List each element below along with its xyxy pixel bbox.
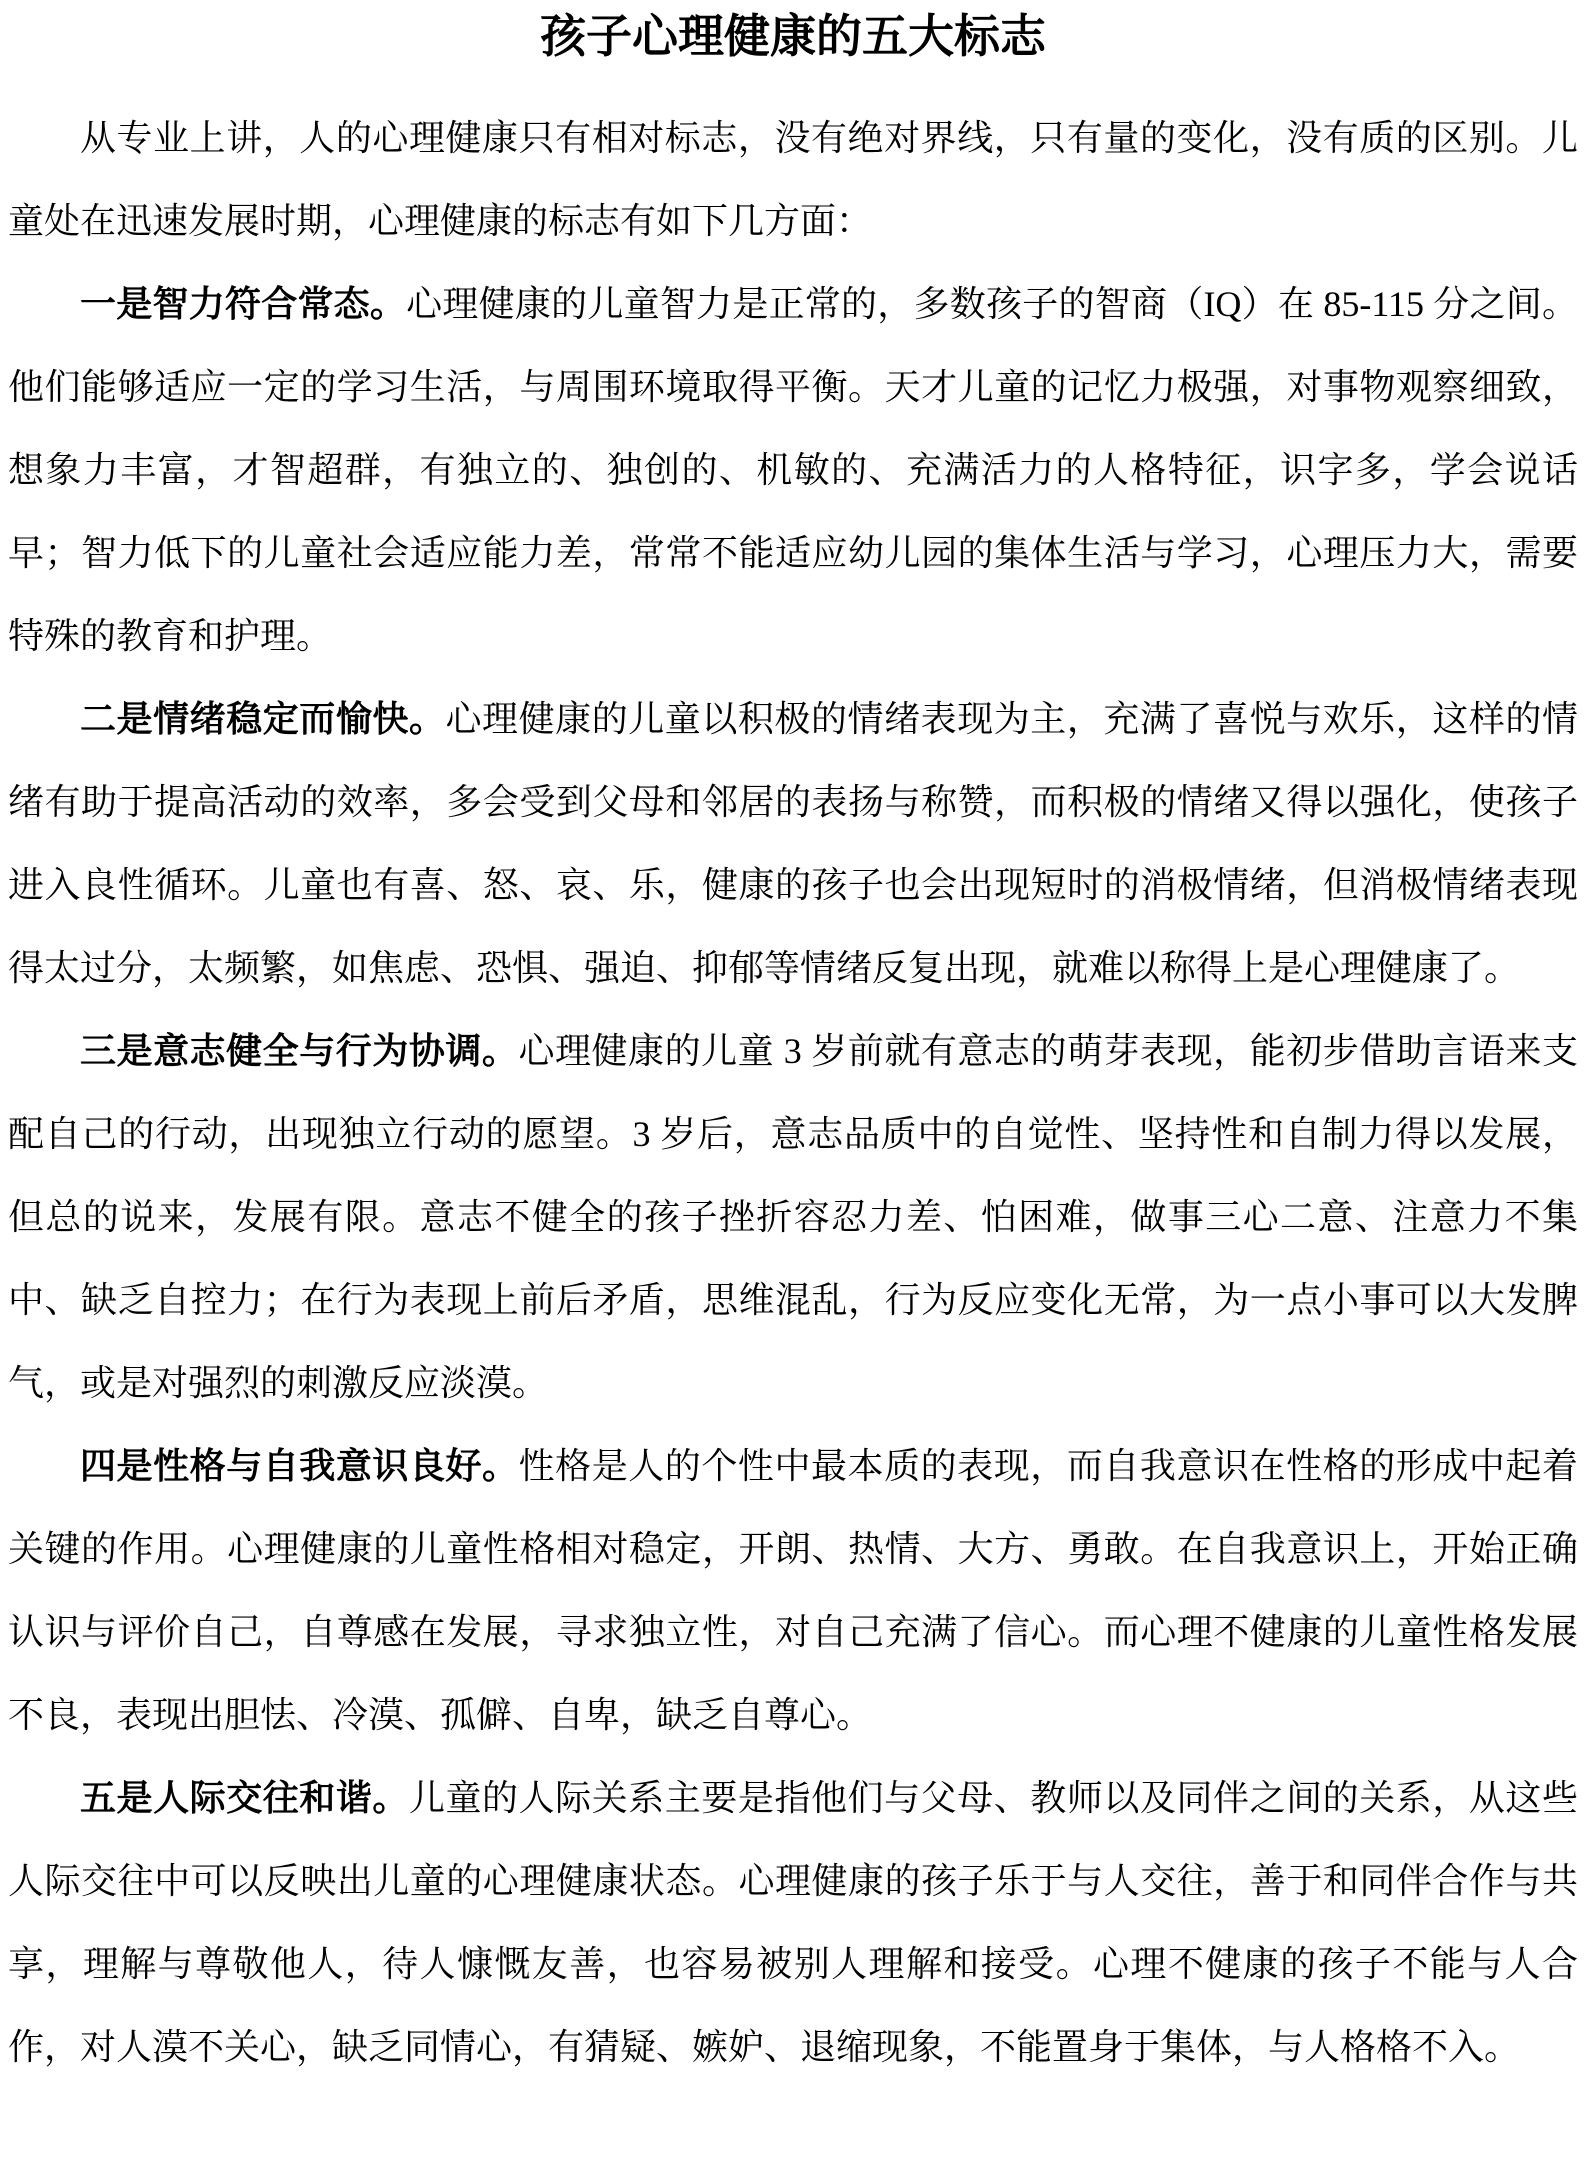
paragraph-lead: 一是智力符合常态。: [80, 284, 406, 324]
document-page: 孩子心理健康的五大标志 从专业上讲，人的心理健康只有相对标志，没有绝对界线，只有…: [0, 0, 1587, 2163]
paragraph-lead: 二是情绪稳定而愉快。: [80, 699, 446, 739]
sign-5-relationships-paragraph: 五是人际交往和谐。儿童的人际关系主要是指他们与父母、教师以及同伴之间的关系，从这…: [8, 1757, 1578, 2089]
paragraph-text: 心理健康的儿童智力是正常的，多数孩子的智商（IQ）在 85-115 分之间。他们…: [8, 284, 1578, 656]
paragraph-lead: 三是意志健全与行为协调。: [80, 1031, 518, 1071]
sign-4-personality-paragraph: 四是性格与自我意识良好。性格是人的个性中最本质的表现，而自我意识在性格的形成中起…: [8, 1425, 1578, 1757]
paragraph-lead: 五是人际交往和谐。: [80, 1778, 409, 1818]
sign-3-will-behavior-paragraph: 三是意志健全与行为协调。心理健康的儿童 3 岁前就有意志的萌芽表现，能初步借助言…: [8, 1010, 1578, 1425]
paragraph-text: 心理健康的儿童以积极的情绪表现为主，充满了喜悦与欢乐，这样的情绪有助于提高活动的…: [8, 699, 1578, 988]
document-title: 孩子心理健康的五大标志: [8, 8, 1578, 66]
paragraph-text: 心理健康的儿童 3 岁前就有意志的萌芽表现，能初步借助言语来支配自己的行动，出现…: [8, 1031, 1578, 1403]
paragraph-lead: 四是性格与自我意识良好。: [80, 1446, 519, 1486]
paragraph-text: 性格是人的个性中最本质的表现，而自我意识在性格的形成中起着关键的作用。心理健康的…: [8, 1446, 1578, 1735]
paragraph-text: 儿童的人际关系主要是指他们与父母、教师以及同伴之间的关系，从这些人际交往中可以反…: [8, 1778, 1578, 2067]
intro-paragraph: 从专业上讲，人的心理健康只有相对标志，没有绝对界线，只有量的变化，没有质的区别。…: [8, 97, 1578, 263]
sign-2-emotion-paragraph: 二是情绪稳定而愉快。心理健康的儿童以积极的情绪表现为主，充满了喜悦与欢乐，这样的…: [8, 678, 1578, 1010]
sign-1-intelligence-paragraph: 一是智力符合常态。心理健康的儿童智力是正常的，多数孩子的智商（IQ）在 85-1…: [8, 263, 1578, 678]
document-body: 从专业上讲，人的心理健康只有相对标志，没有绝对界线，只有量的变化，没有质的区别。…: [8, 97, 1578, 2089]
paragraph-text: 从专业上讲，人的心理健康只有相对标志，没有绝对界线，只有量的变化，没有质的区别。…: [8, 118, 1578, 241]
